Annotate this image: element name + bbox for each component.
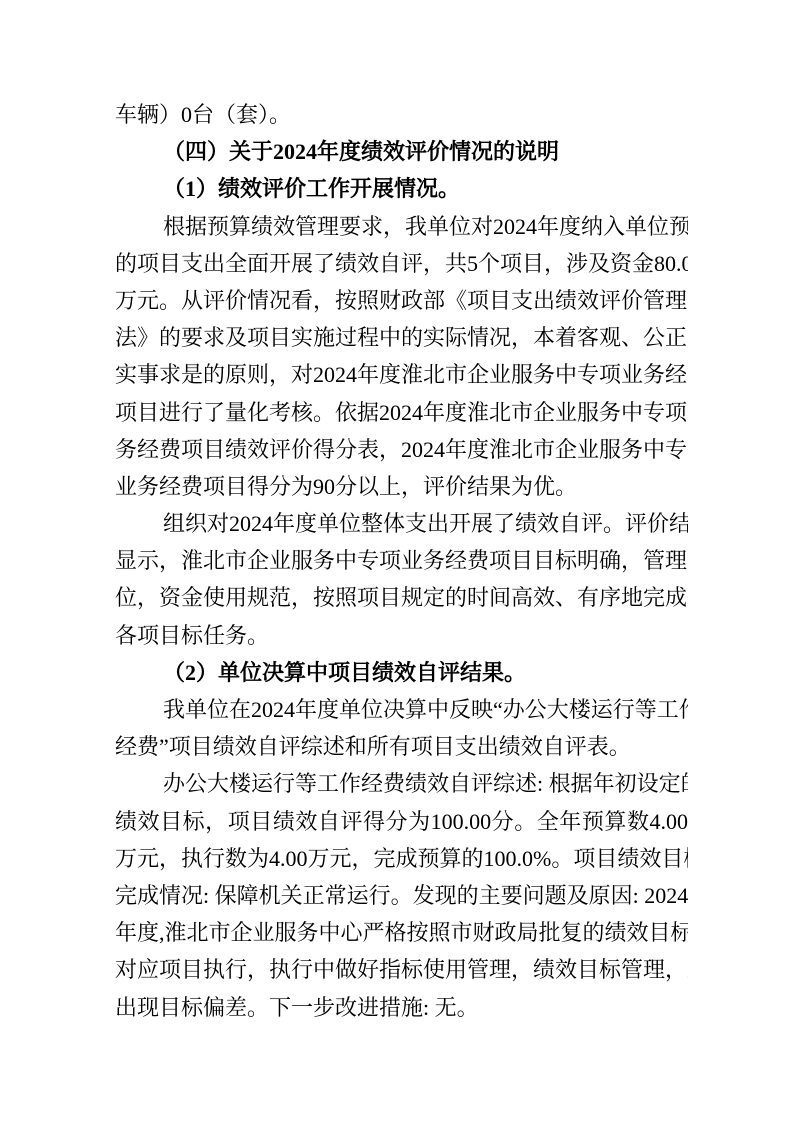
body-line: 年度,淮北市企业服务中心严格按照市财政局批复的绩效目标 (115, 914, 688, 951)
body-line: 项目进行了量化考核。依据2024年度淮北市企业服务中专项业 (115, 394, 688, 431)
body-line: 法》的要求及项目实施过程中的实际情况，本着客观、公正、 (115, 319, 688, 356)
subsection-1-heading: （1）绩效评价工作开展情况。 (115, 170, 688, 207)
document-body: 车辆）0台（套）。 （四）关于2024年度绩效评价情况的说明 （1）绩效评价工作… (115, 96, 688, 1026)
body-line: 根据预算绩效管理要求，我单位对2024年度纳入单位预算 (115, 208, 688, 245)
body-line: 办公大楼运行等工作经费绩效自评综述: 根据年初设定的 (115, 765, 688, 802)
body-line: 万元。从评价情况看，按照财政部《项目支出绩效评价管理办 (115, 282, 688, 319)
body-line: 业务经费项目得分为90分以上，评价结果为优。 (115, 468, 688, 505)
body-line: 对应项目执行，执行中做好指标使用管理，绩效目标管理，未 (115, 951, 688, 988)
body-line: 组织对2024年度单位整体支出开展了绩效自评。评价结果 (115, 505, 688, 542)
body-line: 完成情况: 保障机关正常运行。发现的主要问题及原因: 2024 (115, 877, 688, 914)
document-page: 车辆）0台（套）。 （四）关于2024年度绩效评价情况的说明 （1）绩效评价工作… (0, 0, 794, 1122)
body-line: 各项目标任务。 (115, 617, 688, 654)
body-line: 的项目支出全面开展了绩效自评，共5个项目，涉及资金80.08 (115, 245, 688, 282)
body-line: 绩效目标，项目绩效自评得分为100.00分。全年预算数4.00 (115, 803, 688, 840)
body-line: 我单位在2024年度单位决算中反映“办公大楼运行等工作 (115, 691, 688, 728)
body-line: 位，资金使用规范，按照项目规定的时间高效、有序地完成了 (115, 579, 688, 616)
section-4-heading: （四）关于2024年度绩效评价情况的说明 (115, 133, 688, 170)
body-line: 实事求是的原则，对2024年度淮北市企业服务中专项业务经费 (115, 356, 688, 393)
body-line: 显示，淮北市企业服务中专项业务经费项目目标明确，管理到 (115, 542, 688, 579)
body-line: 务经费项目绩效评价得分表，2024年度淮北市企业服务中专项 (115, 431, 688, 468)
body-line: 出现目标偏差。下一步改进措施: 无。 (115, 989, 688, 1026)
subsection-2-heading: （2）单位决算中项目绩效自评结果。 (115, 654, 688, 691)
body-line: 万元，执行数为4.00万元，完成预算的100.0%。项目绩效目标 (115, 840, 688, 877)
body-line: 车辆）0台（套）。 (115, 96, 688, 133)
body-line: 经费”项目绩效自评综述和所有项目支出绩效自评表。 (115, 728, 688, 765)
